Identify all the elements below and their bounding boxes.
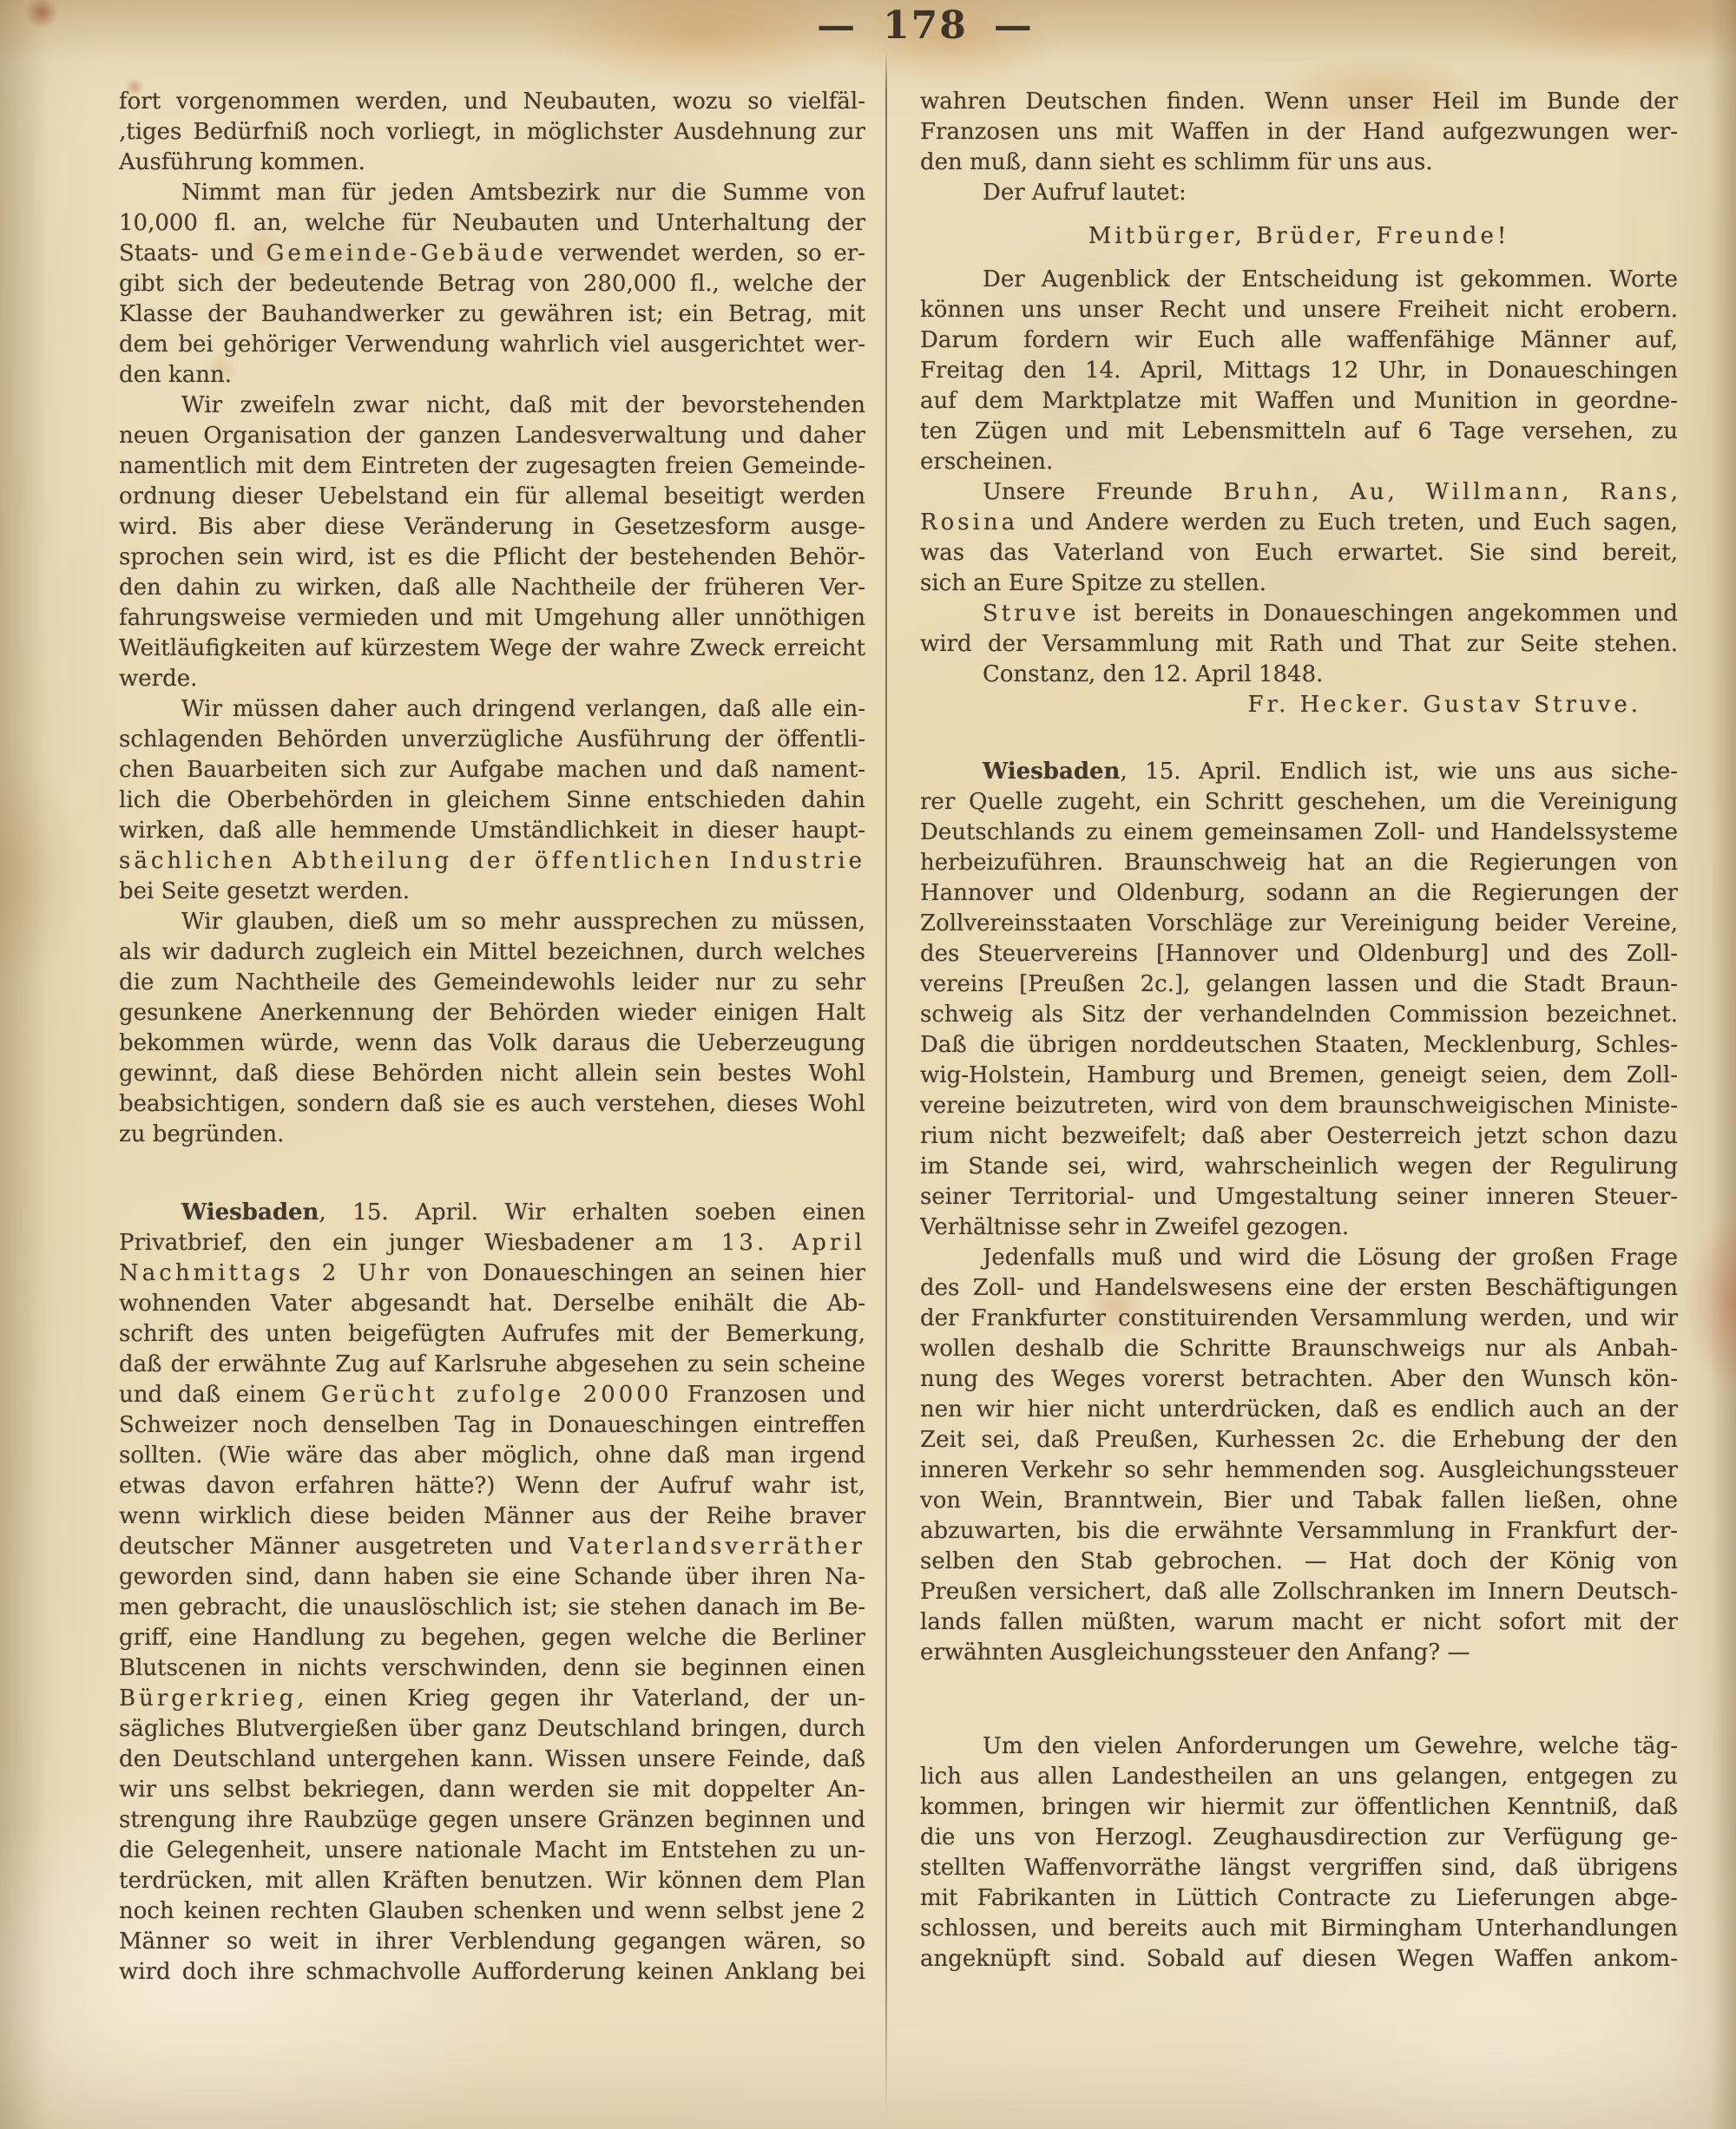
- bold-lead-word: Wiesbaden: [181, 1199, 319, 1225]
- text-line: Fr. Hecker. Gustav Struve.: [920, 690, 1678, 720]
- letterspaced-text: Rosina: [920, 509, 1018, 536]
- letterspaced-text: Gerücht zufolge 20000: [321, 1382, 673, 1408]
- text-line: Weitläufigkeiten auf kürzestem Wege der …: [119, 634, 865, 664]
- text-line: wahren Deutschen finden. Wenn unser Heil…: [920, 87, 1678, 117]
- aufruf-signature: Fr. Hecker. Gustav Struve.: [920, 690, 1678, 720]
- text-line: Zollvereinsstaaten Vorschläge zur Verein…: [920, 909, 1678, 939]
- letterspaced-text: am 13. April: [654, 1230, 865, 1256]
- text-line: zu begründen.: [119, 1120, 865, 1150]
- text-line: Daß die übrigen norddeutschen Staaten, M…: [920, 1030, 1678, 1061]
- text-line: Hannover und Oldenburg, sodann an die Re…: [920, 878, 1678, 909]
- letterspaced-text: Bruhn: [1224, 479, 1312, 505]
- text-line: was das Vaterland von Euch erwartet. Sie…: [920, 538, 1678, 568]
- text-line: wir uns selbst bekriegen, dann werden si…: [119, 1775, 865, 1805]
- text-line: im Stande sei, wird, wahrscheinlich wege…: [920, 1152, 1678, 1182]
- text-line: sprochen sein wird, ist es die Pflicht d…: [119, 542, 865, 573]
- text-line: wirken, daß alle hemmende Umständlichkei…: [119, 816, 865, 846]
- text-line: namentlich mit dem Eintreten der zugesag…: [119, 451, 865, 482]
- text-line: Zeit sei, daß Preußen, Kurhessen 2c. die…: [920, 1425, 1678, 1455]
- text-line: terdrücken, mit allen Kräften benutzen. …: [119, 1866, 865, 1896]
- text-line: gesunkene Anerkennung der Behörden wiede…: [119, 998, 865, 1028]
- paragraph: Wir müssen daher auch dringend verlangen…: [119, 694, 865, 907]
- text-line: Rosina und Andere werden zu Euch treten,…: [920, 508, 1678, 538]
- paragraph-continuation: fort vorgenommen werden, und Neubauten, …: [119, 87, 865, 178]
- text-line: strengung ihre Raubzüge gegen unsere Grä…: [119, 1805, 865, 1836]
- letterspaced-text: Au: [1350, 479, 1388, 505]
- text-line: 10,000 fl. an, welche für Neubauten und …: [119, 208, 865, 239]
- column-divider-rule: [885, 50, 887, 2118]
- text-line: wenn wirklich diese beiden Männer aus de…: [119, 1501, 865, 1532]
- letterspaced-text: Gemeinde-Gebäude: [266, 240, 547, 266]
- text-line: lands fallen müßten, warum macht er nich…: [920, 1607, 1678, 1638]
- text-line: schlossen, und bereits auch mit Birmingh…: [920, 1914, 1678, 1944]
- text-line: selben den Stab gebrochen. — Hat doch de…: [920, 1547, 1678, 1577]
- text-line: erwähnten Ausgleichungssteuer den Anfang…: [920, 1638, 1678, 1668]
- notice-weapons: Um den vielen Anforderungen um Gewehre, …: [920, 1731, 1678, 1975]
- aufruf-dateline: Constanz, den 12. April 1848.: [920, 660, 1678, 690]
- letterspaced-text: Willmann: [1425, 479, 1562, 505]
- text-line: etwas davon erfahren hätte?) Wenn der Au…: [119, 1471, 865, 1501]
- text-line: Unsere Freunde Bruhn, Au, Willmann, Rans…: [920, 477, 1678, 508]
- text-line: lich die Oberbehörden in gleichem Sinne …: [119, 785, 865, 816]
- text-line: Schweizer noch denselben Tag in Donauesc…: [119, 1410, 865, 1441]
- text-line: sächlichen Abtheilung der öffentlichen I…: [119, 846, 865, 877]
- letterspaced-text: Vaterlandsverräther: [569, 1534, 865, 1560]
- text-line: der Frankfurter constituirenden Versamml…: [920, 1304, 1678, 1334]
- text-line: gewinnt, daß diese Behörden nicht allein…: [119, 1059, 865, 1089]
- text-line: erscheinen.: [920, 447, 1678, 477]
- text-line: auf dem Marktplatze mit Waffen und Munit…: [920, 386, 1678, 417]
- newspaper-page-scan: —178— fort vorgenommen werden, und Neuba…: [0, 0, 1736, 2129]
- text-line: des Zoll- und Handelswesens eine der ers…: [920, 1273, 1678, 1304]
- header-dash-right: —: [994, 3, 1034, 48]
- letterspaced-text: Mitbürger, Brüder, Freunde!: [1088, 223, 1510, 249]
- text-line: schrift des unten beigefügten Aufrufes m…: [119, 1319, 865, 1350]
- text-line: abzuwarten, bis die erwähnte Versammlung…: [920, 1516, 1678, 1547]
- text-line: schweig als Sitz der verhandelnden Commi…: [920, 1000, 1678, 1030]
- text-line: bei Seite gesetzt werden.: [119, 877, 865, 907]
- text-line: den kann.: [119, 360, 865, 391]
- text-line: Wiesbaden, 15. April. Endlich ist, wie u…: [920, 757, 1678, 787]
- text-line: vereine beizutreten, wird von dem brauns…: [920, 1091, 1678, 1121]
- text-line: die zum Nachtheile des Gemeindewohls lei…: [119, 968, 865, 998]
- text-line: vereins [Preußen 2c.], gelangen lassen u…: [920, 969, 1678, 1000]
- text-line: den Deutschland untergehen kann. Wissen …: [119, 1745, 865, 1775]
- text-line: Preußen versichert, daß alle Zollschrank…: [920, 1577, 1678, 1607]
- text-line: deutscher Männer ausgetreten und Vaterla…: [119, 1532, 865, 1562]
- text-line: Wir müssen daher auch dringend verlangen…: [119, 694, 865, 725]
- text-line: wird der Versammlung mit Rath und That z…: [920, 629, 1678, 660]
- text-line: den dahin zu wirken, daß alle Nachtheile…: [119, 573, 865, 603]
- text-line: Der Augenblick der Entscheidung ist geko…: [920, 265, 1678, 295]
- text-line: die uns von Herzogl. Zeughausdirection z…: [920, 1823, 1678, 1853]
- letterspaced-text: Rans: [1600, 479, 1671, 505]
- text-line: seiner Territorial- und Umgestaltung sei…: [920, 1182, 1678, 1212]
- text-line: daß der erwähnte Zug auf Karlsruhe abges…: [119, 1350, 865, 1380]
- page-number: 178: [883, 3, 968, 48]
- text-line: chen Bauarbeiten sich zur Aufgabe machen…: [119, 755, 865, 785]
- letterspaced-text: Bürgerkrieg: [119, 1685, 297, 1712]
- text-line: schlagenden Behörden unverzügliche Ausfü…: [119, 725, 865, 755]
- text-line: Privatbrief, den ein junger Wiesbadener …: [119, 1228, 865, 1258]
- text-line: Struve ist bereits in Donaueschingen ang…: [920, 599, 1678, 629]
- text-line: können uns unser Recht und unsere Freihe…: [920, 295, 1678, 325]
- text-line: kommen, bringen wir hiermit zur öffentli…: [920, 1792, 1678, 1823]
- text-line: werde.: [119, 664, 865, 694]
- text-line: als wir dadurch zugleich ein Mittel beze…: [119, 937, 865, 968]
- text-line: des Steuervereins [Hannover und Oldenbur…: [920, 939, 1678, 969]
- text-line: Constanz, den 12. April 1848.: [920, 660, 1678, 690]
- text-line: inneren Verkehr so sehr hemmenden sog. A…: [920, 1455, 1678, 1486]
- paragraph: Nimmt man für jeden Amtsbezirk nur die S…: [119, 178, 865, 391]
- text-line: von Wein, Branntwein, Bier und Tabak fal…: [920, 1486, 1678, 1516]
- text-line: stellten Waffenvorräthe längst vergriffe…: [920, 1853, 1678, 1883]
- text-line: ten Zügen und mit Lebensmitteln auf 6 Ta…: [920, 417, 1678, 447]
- aufruf-intro: Der Aufruf lautet:: [920, 178, 1678, 208]
- text-line: sich an Eure Spitze zu stellen.: [920, 568, 1678, 599]
- text-line: Wiesbaden, 15. April. Wir erhalten soebe…: [119, 1198, 865, 1228]
- letterspaced-text: Nachmittags 2 Uhr: [119, 1260, 412, 1286]
- text-line: ordnung dieser Uebelstand ein für allema…: [119, 482, 865, 512]
- text-line: fort vorgenommen werden, und Neubauten, …: [119, 87, 865, 117]
- text-line: mit Fabrikanten in Lüttich Contracte zu …: [920, 1883, 1678, 1914]
- text-line: wig-Holstein, Hamburg und Bremen, geneig…: [920, 1061, 1678, 1091]
- letterspaced-text: Fr. Hecker. Gustav Struve.: [1247, 692, 1641, 718]
- text-line: geworden sind, dann haben sie eine Schan…: [119, 1562, 865, 1593]
- text-line: die Gelegenheit, unsere nationale Macht …: [119, 1836, 865, 1866]
- text-line: wird. Bis aber diese Veränderung in Gese…: [119, 512, 865, 542]
- text-line: und daß einem Gerücht zufolge 20000 Fran…: [119, 1380, 865, 1410]
- paragraph: Wir glauben, dieß um so mehr aussprechen…: [119, 907, 865, 1150]
- article-wiesbaden-private-letter: Wiesbaden, 15. April. Wir erhalten soebe…: [119, 1198, 865, 1988]
- text-line: Nimmt man für jeden Amtsbezirk nur die S…: [119, 178, 865, 208]
- text-line: rer Quelle zugeht, ein Schritt geschehen…: [920, 787, 1678, 818]
- text-line: beabsichtigen, sondern daß sie es auch v…: [119, 1089, 865, 1120]
- text-line: nen wir hier nicht unterdrücken, daß es …: [920, 1395, 1678, 1425]
- text-line: Ausführung kommen.: [119, 148, 865, 178]
- text-line: Bürgerkrieg, einen Krieg gegen ihr Vater…: [119, 1684, 865, 1714]
- aufruf-body: Der Augenblick der Entscheidung ist geko…: [920, 265, 1678, 477]
- paragraph-continuation: wahren Deutschen finden. Wenn unser Heil…: [920, 87, 1678, 178]
- text-line: Darum fordern wir Euch alle waffenfähige…: [920, 325, 1678, 356]
- text-line: wird doch ihre schmachvolle Aufforderung…: [119, 1957, 865, 1988]
- text-line: Freitag den 14. April, Mittags 12 Uhr, i…: [920, 356, 1678, 386]
- text-line: wohnenden Vater abgesandt hat. Derselbe …: [119, 1289, 865, 1319]
- aufruf-struve: Struve ist bereits in Donaueschingen ang…: [920, 599, 1678, 660]
- text-line: nung des Weges vorerst betrachten. Aber …: [920, 1364, 1678, 1395]
- text-line: Blutscenen in nichts verschwinden, denn …: [119, 1653, 865, 1684]
- text-line: Deutschlands zu einem gemeinsamen Zoll- …: [920, 818, 1678, 848]
- aufruf-friends: Unsere Freunde Bruhn, Au, Willmann, Rans…: [920, 477, 1678, 599]
- text-line: Wir zweifeln zwar nicht, daß mit der bev…: [119, 391, 865, 421]
- text-line: Staats- und Gemeinde-Gebäude verwendet w…: [119, 239, 865, 269]
- text-line: Jedenfalls muß und wird die Lösung der g…: [920, 1243, 1678, 1273]
- text-line: sägliches Blutvergießen über ganz Deutsc…: [119, 1714, 865, 1745]
- text-line: angeknüpft sind. Sobald auf diesen Wegen…: [920, 1944, 1678, 1975]
- text-line: Klasse der Bauhandwerker zu gewähren ist…: [119, 299, 865, 330]
- text-line: Mitbürger, Brüder, Freunde!: [920, 221, 1678, 252]
- paragraph: Jedenfalls muß und wird die Lösung der g…: [920, 1243, 1678, 1668]
- text-line: wollen deshalb die Schritte Braunschweig…: [920, 1334, 1678, 1364]
- text-line: noch keinen rechten Glauben schenken und…: [119, 1896, 865, 1927]
- paragraph: Wir zweifeln zwar nicht, daß mit der bev…: [119, 391, 865, 694]
- aufruf-salutation: Mitbürger, Brüder, Freunde!: [920, 221, 1678, 252]
- letterspaced-text: Struve: [983, 601, 1080, 627]
- page-number-header: —178—: [791, 3, 1060, 48]
- text-line: Nachmittags 2 Uhr von Donaueschingen an …: [119, 1258, 865, 1289]
- text-line: dem bei gehöriger Verwendung wahrlich vi…: [119, 330, 865, 360]
- text-line: bekommen würde, wenn das Volk daraus die…: [119, 1028, 865, 1059]
- text-line: Wir glauben, dieß um so mehr aussprechen…: [119, 907, 865, 937]
- header-dash-left: —: [817, 3, 857, 48]
- right-column: wahren Deutschen finden. Wenn unser Heil…: [920, 87, 1678, 1975]
- text-line: Um den vielen Anforderungen um Gewehre, …: [920, 1731, 1678, 1762]
- text-line: men gebracht, die unauslöschlich ist; si…: [119, 1593, 865, 1623]
- text-line: Männer so weit in ihrer Verblendung gega…: [119, 1927, 865, 1957]
- text-line: herbeizuführen. Braunschweig hat an die …: [920, 848, 1678, 878]
- text-line: den muß, dann sieht es schlimm für uns a…: [920, 148, 1678, 178]
- bold-lead-word: Wiesbaden: [983, 759, 1120, 785]
- text-line: neuen Organisation der ganzen Landesverw…: [119, 421, 865, 451]
- letterspaced-text: sächlichen Abtheilung der öffentlichen I…: [119, 848, 865, 874]
- text-line: gibt sich der bedeutende Betrag von 280,…: [119, 269, 865, 299]
- text-line: Der Aufruf lautet:: [920, 178, 1678, 208]
- text-line: fahrungsweise vermieden und mit Umgehung…: [119, 603, 865, 634]
- text-line: Verhältnisse sehr in Zweifel gezogen.: [920, 1212, 1678, 1243]
- article-wiesbaden-zollverein: Wiesbaden, 15. April. Endlich ist, wie u…: [920, 757, 1678, 1243]
- text-line: Franzosen uns mit Waffen in der Hand auf…: [920, 117, 1678, 148]
- text-line: ‚tiges Bedürfniß noch vorliegt, in mögli…: [119, 117, 865, 148]
- left-column: fort vorgenommen werden, und Neubauten, …: [119, 87, 865, 1988]
- text-line: griff, eine Handlung zu begehen, gegen w…: [119, 1623, 865, 1653]
- text-line: lich aus allen Landestheilen an uns gela…: [920, 1762, 1678, 1792]
- text-line: rium nicht bezweifelt; daß aber Oesterre…: [920, 1121, 1678, 1152]
- text-line: sollten. (Wie wäre das aber möglich, ohn…: [119, 1441, 865, 1471]
